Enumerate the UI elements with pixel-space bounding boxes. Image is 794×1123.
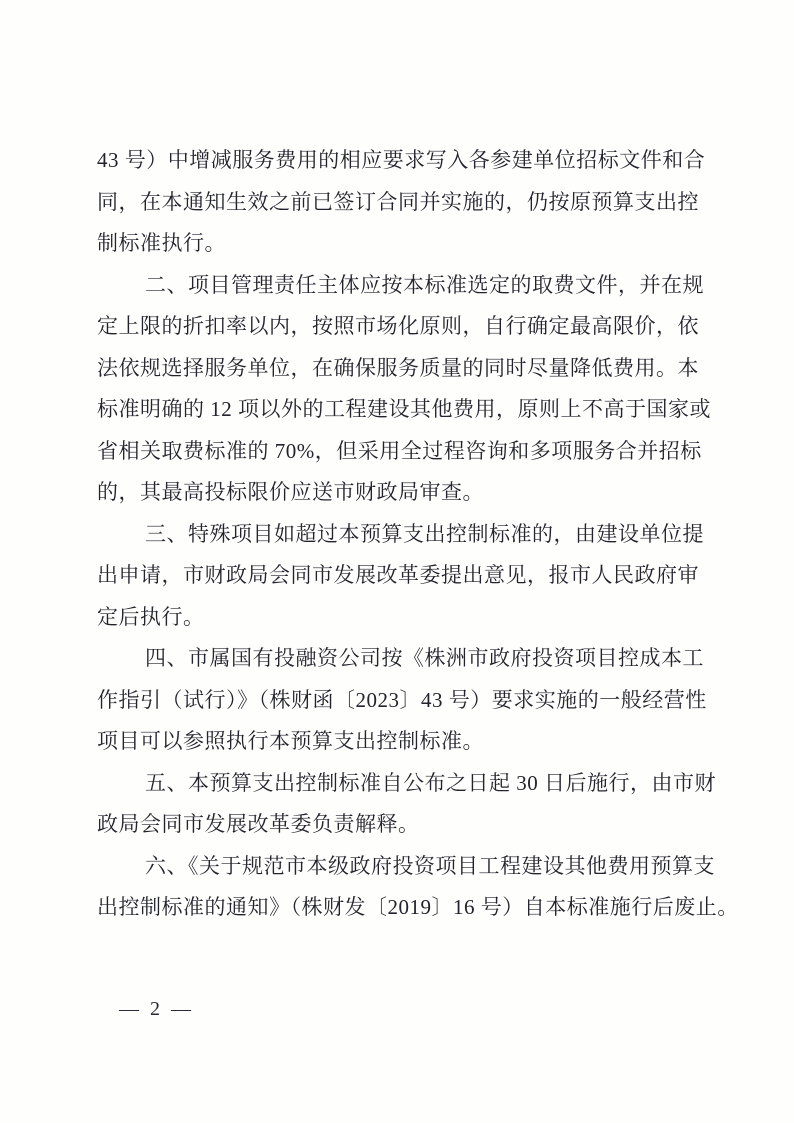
page-number: — 2 — bbox=[119, 996, 194, 1022]
paragraph-item-2: 二、项目管理责任主体应按本标准选定的取费文件，并在规 定上限的折扣率以内，按照市… bbox=[97, 265, 695, 514]
text-line: 作指引（试行）》（株财函〔2023〕43 号）要求实施的一般经营性 bbox=[97, 680, 695, 722]
paragraph-item-4: 四、市属国有投融资公司按《株洲市政府投资项目控成本工 作指引（试行）》（株财函〔… bbox=[97, 638, 695, 763]
text-line: 制标准执行。 bbox=[97, 223, 695, 265]
text-line: 43 号）中增减服务费用的相应要求写入各参建单位招标文件和合 bbox=[97, 140, 695, 182]
text-line: 六、《关于规范市本级政府投资项目工程建设其他费用预算支 bbox=[97, 846, 695, 888]
document-page: 43 号）中增减服务费用的相应要求写入各参建单位招标文件和合 同，在本通知生效之… bbox=[0, 0, 794, 1123]
text-line: 政局会同市发展改革委负责解释。 bbox=[97, 804, 695, 846]
paragraph-item-5: 五、本预算支出控制标准自公布之日起 30 日后施行，由市财 政局会同市发展改革委… bbox=[97, 763, 695, 846]
text-line: 法依规选择服务单位，在确保服务质量的同时尽量降低费用。本 bbox=[97, 348, 695, 390]
text-line: 定后执行。 bbox=[97, 597, 695, 639]
document-body: 43 号）中增减服务费用的相应要求写入各参建单位招标文件和合 同，在本通知生效之… bbox=[97, 140, 695, 929]
text-line: 三、特殊项目如超过本预算支出控制标准的，由建设单位提 bbox=[97, 514, 695, 556]
text-line: 项目可以参照执行本预算支出控制标准。 bbox=[97, 721, 695, 763]
text-line: 四、市属国有投融资公司按《株洲市政府投资项目控成本工 bbox=[97, 638, 695, 680]
text-line: 的，其最高投标限价应送市财政局审查。 bbox=[97, 472, 695, 514]
paragraph-continuation: 43 号）中增减服务费用的相应要求写入各参建单位招标文件和合 同，在本通知生效之… bbox=[97, 140, 695, 265]
paragraph-item-3: 三、特殊项目如超过本预算支出控制标准的，由建设单位提 出申请，市财政局会同市发展… bbox=[97, 514, 695, 639]
text-line: 省相关取费标准的 70%，但采用全过程咨询和多项服务合并招标 bbox=[97, 431, 695, 473]
text-line: 定上限的折扣率以内，按照市场化原则，自行确定最高限价，依 bbox=[97, 306, 695, 348]
text-line: 五、本预算支出控制标准自公布之日起 30 日后施行，由市财 bbox=[97, 763, 695, 805]
text-line: 同，在本通知生效之前已签订合同并实施的，仍按原预算支出控 bbox=[97, 182, 695, 224]
text-line: 出控制标准的通知》（株财发〔2019〕16 号）自本标准施行后废止。 bbox=[97, 887, 695, 929]
text-line: 二、项目管理责任主体应按本标准选定的取费文件，并在规 bbox=[97, 265, 695, 307]
text-line: 标准明确的 12 项以外的工程建设其他费用，原则上不高于国家或 bbox=[97, 389, 695, 431]
text-line: 出申请，市财政局会同市发展改革委提出意见，报市人民政府审 bbox=[97, 555, 695, 597]
paragraph-item-6: 六、《关于规范市本级政府投资项目工程建设其他费用预算支 出控制标准的通知》（株财… bbox=[97, 846, 695, 929]
